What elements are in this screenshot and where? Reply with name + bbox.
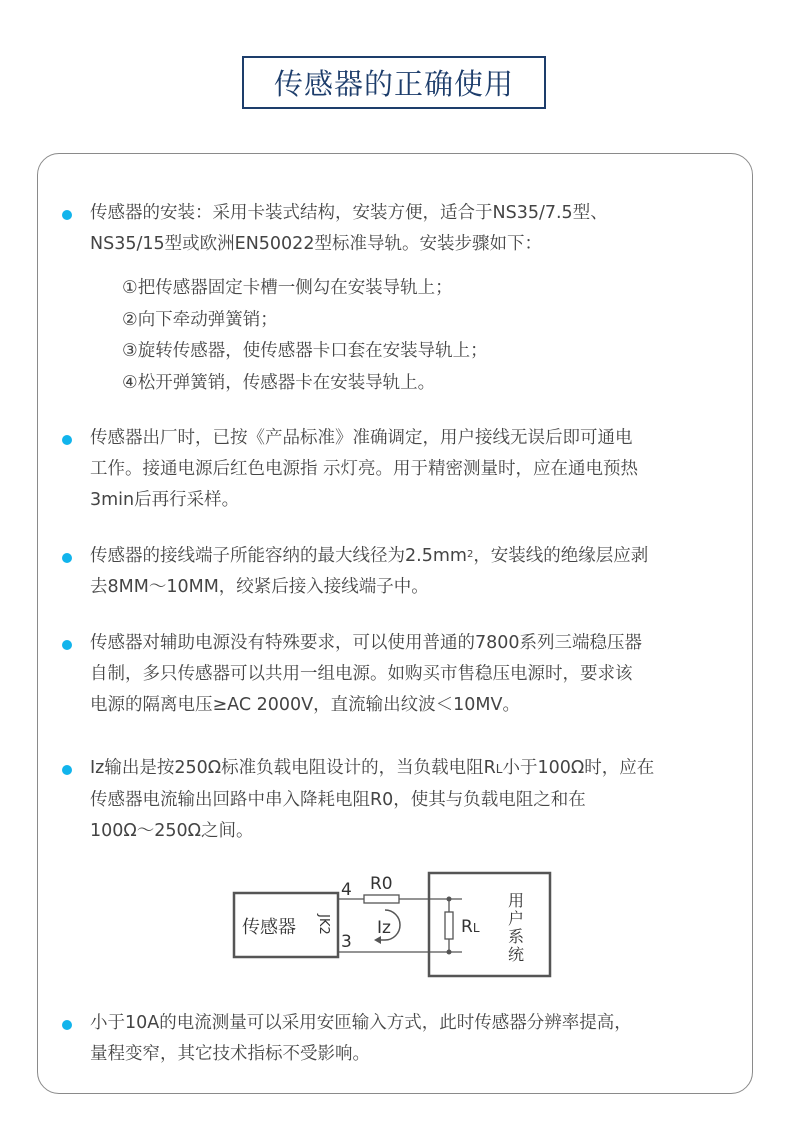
rl-label: RL bbox=[461, 917, 480, 937]
step-item: ②向下牵动弹簧销； bbox=[122, 305, 488, 337]
section-terminal-wiring: 传感器的接线端子所能容纳的最大线径为2.5mm2，安装线的绝缘层应剥 去8MM～… bbox=[62, 541, 732, 603]
section-text-line: 100Ω～250Ω之间。 bbox=[90, 816, 732, 847]
section-iz-output: Iz输出是按250Ω标准负载电阻设计的，当负载电阻RL小于100Ω时，应在 传感… bbox=[62, 753, 732, 847]
step-item: ④松开弹簧销，传感器卡在安装导轨上。 bbox=[122, 368, 488, 400]
section-text-line: 传感器对辅助电源没有特殊要求，可以使用普通的7800系列三端稳压器 bbox=[90, 628, 732, 659]
section-text-line: 电源的隔离电压≥AC 2000V，直流输出纹波＜10MV。 bbox=[90, 690, 732, 721]
section-text-line: 自制，多只传感器可以共用一组电源。如购买市售稳压电源时，要求该 bbox=[90, 659, 732, 690]
section-text-line: 传感器的安装：采用卡装式结构，安装方便，适合于NS35/7.5型、 bbox=[90, 198, 732, 229]
bullet-dot-icon bbox=[62, 765, 72, 775]
sensor-label: 传感器 bbox=[242, 913, 296, 939]
bullet-dot-icon bbox=[62, 1020, 72, 1030]
section-text-line: 去8MM～10MM，绞紧后接入接线端子中。 bbox=[90, 572, 732, 603]
page-title: 传感器的正确使用 bbox=[242, 56, 546, 109]
bullet-dot-icon bbox=[62, 553, 72, 563]
section-text-line: 量程变窄，其它技术指标不受影响。 bbox=[90, 1039, 732, 1070]
section-text-line: 3min后再行采样。 bbox=[90, 485, 732, 516]
section-text-line: Iz输出是按250Ω标准负载电阻设计的，当负载电阻RL小于100Ω时，应在 bbox=[90, 753, 732, 785]
section-text-line: 传感器电流输出回路中串入降耗电阻R0，使其与负载电阻之和在 bbox=[90, 785, 732, 816]
section-ampere-turn: 小于10A的电流测量可以采用安匝输入方式，此时传感器分辨率提高， 量程变窄，其它… bbox=[62, 1008, 732, 1070]
bullet-dot-icon bbox=[62, 435, 72, 445]
iz-label: Iz bbox=[377, 918, 391, 938]
section-text-line: NS35/15型或欧洲EN50022型标准导轨。安装步骤如下： bbox=[90, 229, 732, 260]
section-text-line: 传感器出厂时，已按《产品标准》准确调定，用户接线无误后即可通电 bbox=[90, 423, 732, 454]
step-item: ③旋转传感器，使传感器卡口套在安装导轨上； bbox=[122, 336, 488, 368]
pin-3-label: 3 bbox=[341, 932, 352, 952]
section-installation: 传感器的安装：采用卡装式结构，安装方便，适合于NS35/7.5型、 NS35/1… bbox=[62, 198, 732, 260]
section-text-line: 传感器的接线端子所能容纳的最大线径为2.5mm2，安装线的绝缘层应剥 bbox=[90, 541, 732, 572]
step-item: ①把传感器固定卡槽一侧勾在安装导轨上； bbox=[122, 273, 488, 305]
connector-label: JK2 bbox=[316, 914, 331, 935]
section-calibration: 传感器出厂时，已按《产品标准》准确调定，用户接线无误后即可通电 工作。接通电源后… bbox=[62, 423, 732, 516]
pin-4-label: 4 bbox=[341, 880, 352, 900]
user-system-label: 用 户 系 统 bbox=[508, 892, 524, 964]
bullet-dot-icon bbox=[62, 210, 72, 220]
section-text-line: 小于10A的电流测量可以采用安匝输入方式，此时传感器分辨率提高， bbox=[90, 1008, 732, 1039]
section-power-supply: 传感器对辅助电源没有特殊要求，可以使用普通的7800系列三端稳压器 自制，多只传… bbox=[62, 628, 732, 721]
r0-label: R0 bbox=[370, 874, 393, 894]
wiring-diagram: 传感器 JK2 4 3 R0 Iz RL 用 户 系 统 bbox=[225, 865, 565, 985]
installation-steps: ①把传感器固定卡槽一侧勾在安装导轨上； ②向下牵动弹簧销； ③旋转传感器，使传感… bbox=[122, 273, 488, 399]
section-text-line: 工作。接通电源后红色电源指 示灯亮。用于精密测量时，应在通电预热 bbox=[90, 454, 732, 485]
bullet-dot-icon bbox=[62, 640, 72, 650]
